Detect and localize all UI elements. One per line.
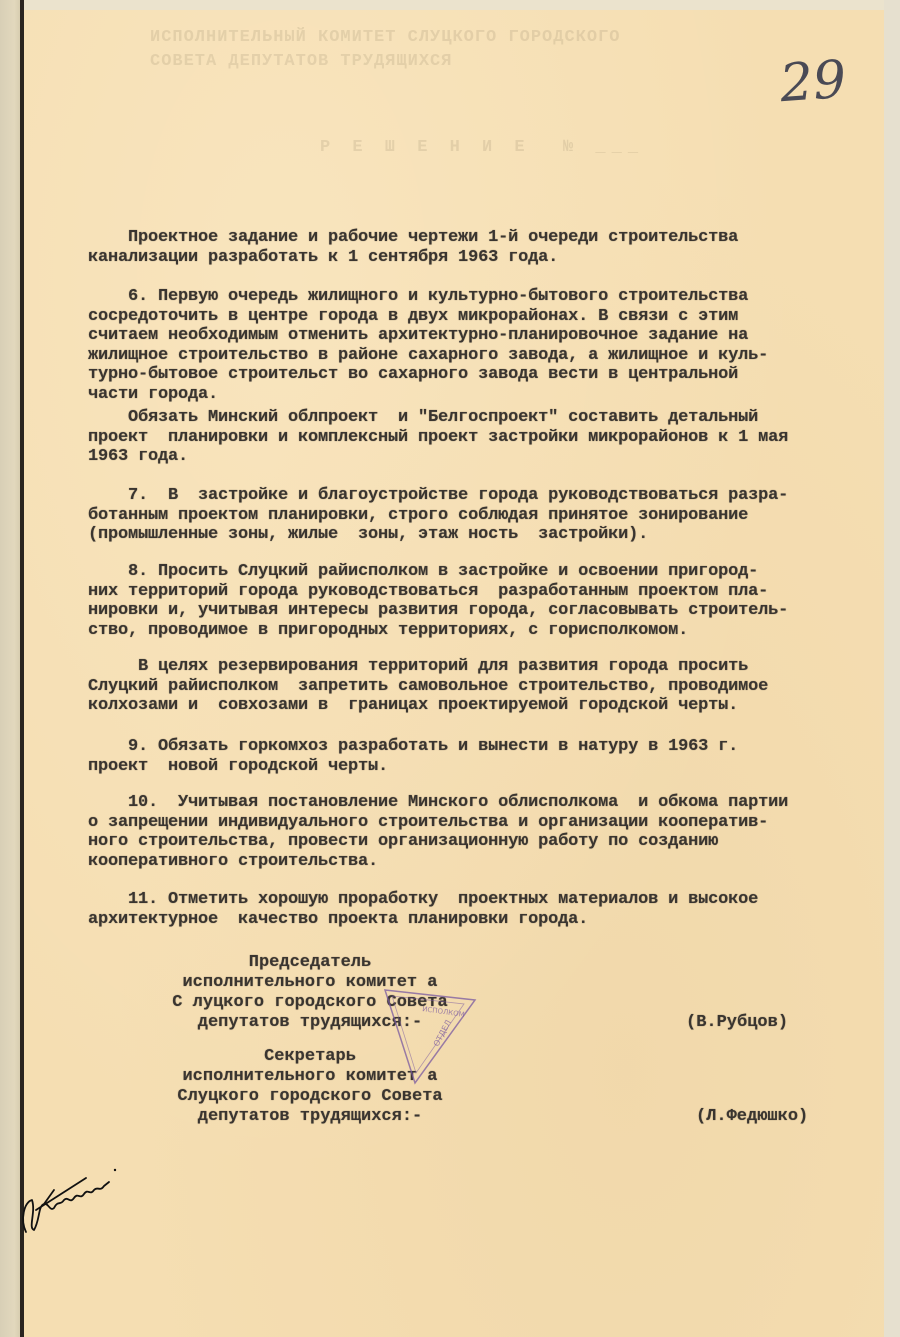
paragraph-line: ство, проводимое в пригородных территори… — [88, 621, 888, 641]
handwritten-signature — [14, 1160, 124, 1240]
paragraph-line: сосредоточить в центре города в двух мик… — [88, 307, 888, 327]
paragraph-line: кооперативного строительства. — [88, 852, 888, 872]
paragraph-line: колхозами и совхозами в границах проекти… — [88, 696, 888, 716]
paragraph-p8b: В целях резервирования территорий для ра… — [88, 657, 888, 716]
signature-title-line: Председатель — [120, 953, 500, 973]
svg-text:ОТДЕЛ: ОТДЕЛ — [432, 1019, 453, 1048]
paragraph-line: (промышленные зоны, жилые зоны, этаж нос… — [88, 525, 888, 545]
paragraph-line: них территорий города руководствоваться … — [88, 582, 888, 602]
paragraph-p9: 9. Обязать горкомхоз разработать и вынес… — [88, 737, 888, 776]
paragraph-line: ного строительства, провести организацио… — [88, 832, 888, 852]
paragraph-line: 9. Обязать горкомхоз разработать и вынес… — [88, 737, 888, 757]
faded-header-line-2: СОВЕТА ДЕПУТАТОВ ТРУДЯЩИХСЯ — [150, 52, 452, 71]
paragraph-line: считаем необходимым отменить архитектурн… — [88, 326, 888, 346]
paragraph-line: нировки и, учитывая интересы развития го… — [88, 601, 888, 621]
paragraph-p11: 11. Отметить хорошую проработку проектны… — [88, 890, 888, 929]
paragraph-p6b: Обязать Минский облпроект и "Белгоспроек… — [88, 408, 888, 467]
paragraph-p10: 10. Учитывая постановление Минского обли… — [88, 793, 888, 871]
paragraph-line: Проектное задание и рабочие чертежи 1-й … — [88, 228, 888, 248]
paragraph-line: канализации разработать к 1 сентября 196… — [88, 248, 888, 268]
paragraph-p5-cont: Проектное задание и рабочие чертежи 1-й … — [88, 228, 888, 267]
paragraph-line: жилищное строительство в районе сахарног… — [88, 346, 888, 366]
page-number: 29 — [778, 50, 848, 114]
paragraph-line: турно-бытовое строительст во сахарного з… — [88, 365, 888, 385]
official-stamp: ИСПОЛКОМ ОТДЕЛ — [380, 985, 480, 1085]
paragraph-line: 7. В застройке и благоустройстве города … — [88, 486, 888, 506]
paragraph-line: 8. Просить Слуцкий райисполком в застрой… — [88, 562, 888, 582]
paragraph-line: 10. Учитывая постановление Минского обли… — [88, 793, 888, 813]
paragraph-line: В целях резервирования территорий для ра… — [88, 657, 888, 677]
paragraph-line: архитектурное качество проекта планировк… — [88, 910, 888, 930]
paragraph-p8: 8. Просить Слуцкий райисполком в застрой… — [88, 562, 888, 640]
signature-title-line: Слуцкого городского Совета — [120, 1087, 500, 1107]
paragraph-line: 11. Отметить хорошую проработку проектны… — [88, 890, 888, 910]
faded-header-line-1: ИСПОЛНИТЕЛЬНЫЙ КОМИТЕТ СЛУЦКОГО ГОРОДСКО… — [150, 28, 620, 47]
faded-title: Р Е Ш Е Н И Е № ___ — [320, 138, 644, 157]
svg-text:ИСПОЛКОМ: ИСПОЛКОМ — [422, 1005, 465, 1019]
paragraph-p6: 6. Первую очередь жилищного и культурно-… — [88, 287, 888, 404]
paragraph-line: о запрещении индивидуального строительст… — [88, 813, 888, 833]
paragraph-line: части города. — [88, 385, 888, 405]
secretary-name: (Л.Федюшко) — [696, 1107, 808, 1126]
signature-title-line: депутатов трудящихся:- — [120, 1107, 500, 1127]
paragraph-line: проект планировки и комплексный проект з… — [88, 428, 888, 448]
chairman-name: (В.Рубцов) — [686, 1013, 788, 1032]
paragraph-line: ботанным проектом планировки, строго соб… — [88, 506, 888, 526]
paragraph-line: Слуцкий райисполком запретить самовольно… — [88, 677, 888, 697]
paragraph-line: Обязать Минский облпроект и "Белгоспроек… — [88, 408, 888, 428]
paragraph-line: 1963 года. — [88, 447, 888, 467]
paragraph-line: проект новой городской черты. — [88, 757, 888, 777]
paragraph-line: 6. Первую очередь жилищного и культурно-… — [88, 287, 888, 307]
paragraph-p7: 7. В застройке и благоустройстве города … — [88, 486, 888, 545]
